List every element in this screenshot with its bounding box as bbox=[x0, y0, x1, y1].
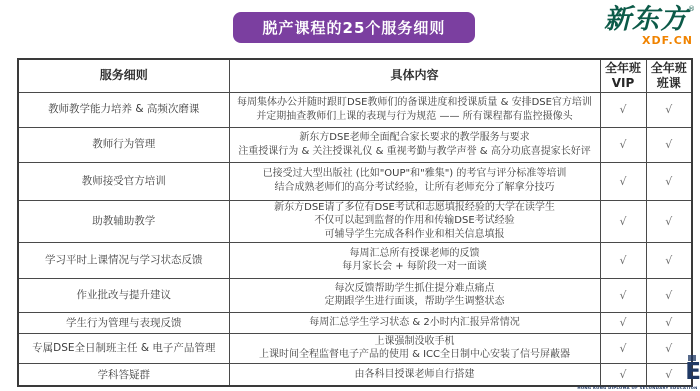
vip-check-cell: √ bbox=[600, 333, 646, 363]
service-details-table: 服务细则 具体内容 全年班 VIP 全年班 班课 教师教学能力培养 & 高频次磨… bbox=[17, 58, 693, 387]
service-details-cell: 新东方DSE请了多位有DSE考试和志愿填报经验的大学在读学生 不仅可以起到监督的… bbox=[229, 200, 600, 242]
table-row: 教师教学能力培养 & 高频次磨课每周集体办公并随时跟盯DSE教师们的备课进度和授… bbox=[18, 92, 692, 127]
table-row: 专属DSE全日制班主任 & 电子产品管理上课强制没收手机 上课时间全程监督电子产… bbox=[18, 333, 692, 363]
service-details-cell: 每周汇总所有授课老师的反馈 每月家长会 + 每阶段一对一面谈 bbox=[229, 242, 600, 278]
vip-check-cell: √ bbox=[600, 200, 646, 242]
service-details-cell: 每周集体办公并随时跟盯DSE教师们的备课进度和授课质量 & 安排DSE官方培训 … bbox=[229, 92, 600, 127]
table-row: 助教辅助教学新东方DSE请了多位有DSE考试和志愿填报经验的大学在读学生 不仅可… bbox=[18, 200, 692, 242]
table-header: 服务细则 具体内容 全年班 VIP 全年班 班课 bbox=[18, 59, 692, 92]
service-name-cell: 教师教学能力培养 & 高频次磨课 bbox=[18, 92, 229, 127]
table-row: 学生行为管理与表现反馈每周汇总学生学习状态 & 2小时内汇报异常情况√√ bbox=[18, 312, 692, 333]
service-details-cell: 新东方DSE老师全面配合家长要求的教学服务与要求 注重授课行为 & 关注授课礼仪… bbox=[229, 127, 600, 162]
service-name-cell: 学科答疑群 bbox=[18, 363, 229, 386]
header-vip: 全年班 VIP bbox=[600, 59, 646, 92]
vip-check-cell: √ bbox=[600, 127, 646, 162]
vip-check-cell: √ bbox=[600, 92, 646, 127]
brand-logo-text: 新东方 bbox=[604, 4, 688, 35]
service-details-cell: 由各科目授课老师自行搭建 bbox=[229, 363, 600, 386]
table-row: 作业批改与提升建议每次反馈帮助学生抓住提分难点痛点 定期跟学生进行面谈，帮助学生… bbox=[18, 278, 692, 312]
banke-check-cell: √ bbox=[646, 363, 692, 386]
service-details-cell: 上课强制没收手机 上课时间全程监督电子产品的使用 & ICC全日制中心安装了信号… bbox=[229, 333, 600, 363]
service-name-cell: 学习平时上课情况与学习状态反馈 bbox=[18, 242, 229, 278]
service-details-cell: 每次反馈帮助学生抓住提分难点痛点 定期跟学生进行面谈，帮助学生调整状态 bbox=[229, 278, 600, 312]
table-row: 教师接受官方培训已接受过大型出版社 (比如"OUP"和"雅集") 的考官与评分标… bbox=[18, 162, 692, 200]
banke-check-cell: √ bbox=[646, 162, 692, 200]
registered-mark: ® bbox=[688, 5, 695, 13]
banke-check-cell: √ bbox=[646, 278, 692, 312]
banke-check-cell: √ bbox=[646, 312, 692, 333]
vip-check-cell: √ bbox=[600, 312, 646, 333]
vip-check-cell: √ bbox=[600, 242, 646, 278]
header-details: 具体内容 bbox=[229, 59, 600, 92]
banke-check-cell: √ bbox=[646, 242, 692, 278]
service-name-cell: 助教辅助教学 bbox=[18, 200, 229, 242]
service-name-cell: 专属DSE全日制班主任 & 电子产品管理 bbox=[18, 333, 229, 363]
banke-check-cell: √ bbox=[646, 200, 692, 242]
brand-domain: XDF.CN bbox=[604, 35, 695, 46]
table-body: 教师教学能力培养 & 高频次磨课每周集体办公并随时跟盯DSE教师们的备课进度和授… bbox=[18, 92, 692, 386]
service-details-cell: 每周汇总学生学习状态 & 2小时内汇报异常情况 bbox=[229, 312, 600, 333]
header-service: 服务细则 bbox=[18, 59, 229, 92]
table-row: 学习平时上课情况与学习状态反馈每周汇总所有授课老师的反馈 每月家长会 + 每阶段… bbox=[18, 242, 692, 278]
service-details-cell: 已接受过大型出版社 (比如"OUP"和"雅集") 的考官与评分标准等培训 结合成… bbox=[229, 162, 600, 200]
service-name-cell: 教师行为管理 bbox=[18, 127, 229, 162]
table-row: 学科答疑群由各科目授课老师自行搭建√√ bbox=[18, 363, 692, 386]
header-banke: 全年班 班课 bbox=[646, 59, 692, 92]
page-title-badge: 脱产课程的25个服务细则 bbox=[233, 12, 475, 43]
vip-check-cell: √ bbox=[600, 162, 646, 200]
banke-check-cell: √ bbox=[646, 92, 692, 127]
brand-logo: 新东方® XDF.CN bbox=[604, 6, 695, 46]
banke-check-cell: √ bbox=[646, 127, 692, 162]
top-bar: 脱产课程的25个服务细则 新东方® XDF.CN bbox=[0, 0, 700, 56]
page-title: 脱产课程的25个服务细则 bbox=[263, 17, 446, 38]
banke-check-cell: √ bbox=[646, 333, 692, 363]
service-name-cell: 作业批改与提升建议 bbox=[18, 278, 229, 312]
vip-check-cell: √ bbox=[600, 363, 646, 386]
service-name-cell: 学生行为管理与表现反馈 bbox=[18, 312, 229, 333]
table-row: 教师行为管理新东方DSE老师全面配合家长要求的教学服务与要求 注重授课行为 & … bbox=[18, 127, 692, 162]
vip-check-cell: √ bbox=[600, 278, 646, 312]
service-name-cell: 教师接受官方培训 bbox=[18, 162, 229, 200]
